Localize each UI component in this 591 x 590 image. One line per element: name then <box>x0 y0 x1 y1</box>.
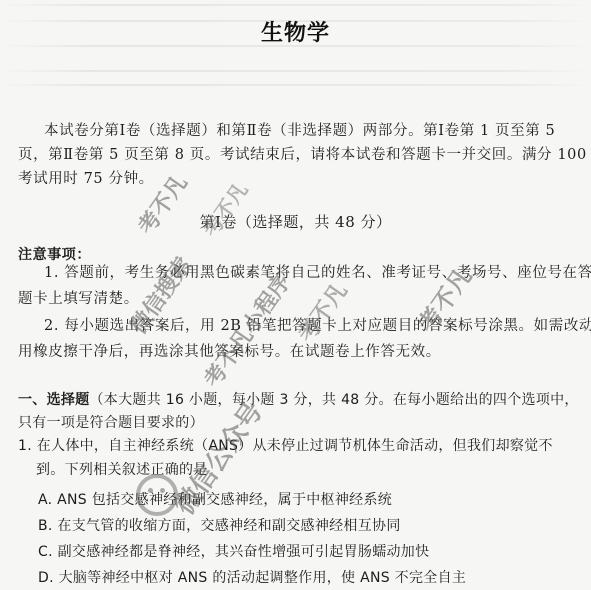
option-text: ANS 包括交感神经和副交感神经，属于中枢神经系统 <box>57 492 392 508</box>
option-b[interactable]: B. 在支气管的收缩方面，交感神经和副交感神经相互协同 <box>38 516 401 536</box>
watermark-text: 考不凡 <box>290 276 353 348</box>
option-text: 在支气管的收缩方面，交感神经和副交感神经相互协同 <box>57 518 400 534</box>
notice-item: 1. 答题前，考生务必用黑色碳素笔将自己的姓名、准考证号、考场号、座位号在答 <box>44 263 591 283</box>
bleed-through <box>0 84 591 86</box>
option-label: A. <box>38 492 52 508</box>
intro-line: 本试卷分第Ⅰ卷（选择题）和第Ⅱ卷（非选择题）两部分。第Ⅰ卷第 1 页至第 5 <box>44 121 555 141</box>
option-c[interactable]: C. 副交感神经都是脊神经，其兴奋性增强可引起胃肠蠕动加快 <box>38 542 429 562</box>
question-stem: 1. 在人体中，自主神经系统（ANS）从未停止过调节机体生命活动，但我们却察觉不 <box>18 436 553 456</box>
option-label: B. <box>38 518 53 534</box>
option-text: 副交感神经都是脊神经，其兴奋性增强可引起胃肠蠕动加快 <box>58 544 430 560</box>
option-label: C. <box>38 544 53 560</box>
bleed-through <box>0 70 591 72</box>
question-stem-cont: 到。下列相关叙述正确的是 <box>36 460 208 480</box>
option-label: D. <box>38 570 54 586</box>
document-title: 生物学 <box>0 16 591 47</box>
option-d[interactable]: D. 大脑等神经中枢对 ANS 的活动起调整作用，使 ANS 不完全自主 <box>38 568 466 588</box>
notice-item-cont: 题卡上填写清楚。 <box>18 289 139 309</box>
part-one-instructions: （本大题共 16 小题，每小题 3 分，共 48 分。在每小题给出的四个选项中， <box>90 392 579 408</box>
section-header: 第Ⅰ卷（选择题，共 48 分） <box>0 212 591 232</box>
question-number: 1. <box>18 438 32 454</box>
part-one-heading-line: 一、选择题（本大题共 16 小题，每小题 3 分，共 48 分。在每小题给出的四… <box>18 390 579 410</box>
notice-item-cont: 用橡皮擦干净后，再选涂其他答案标号。在试题卷上作答无效。 <box>18 342 441 362</box>
intro-line: 考试用时 75 分钟。 <box>18 169 154 189</box>
wechat-logo-icon <box>136 474 178 516</box>
option-a[interactable]: A. ANS 包括交感神经和副交感神经，属于中枢神经系统 <box>38 490 392 510</box>
question-stem-text: 在人体中，自主神经系统（ANS）从未停止过调节机体生命活动，但我们却察觉不 <box>37 438 553 454</box>
option-text: 大脑等神经中枢对 ANS 的活动起调整作用，使 ANS 不完全自主 <box>59 570 467 586</box>
part-one-heading-line2: 只有一项是符合题目要求的） <box>18 413 204 433</box>
part-one-label: 一、选择题 <box>18 392 90 408</box>
bleed-through <box>0 4 591 6</box>
intro-line: 页，第Ⅱ卷第 5 页至第 8 页。考试结束后，请将本试卷和答题卡一并交回。满分 … <box>18 145 591 165</box>
notice-label: 注意事项： <box>18 245 91 265</box>
notice-item: 2. 每小题选出答案后，用 2B 铅笔把答题卡上对应题目的答案标号涂黑。如需改动… <box>44 316 591 336</box>
